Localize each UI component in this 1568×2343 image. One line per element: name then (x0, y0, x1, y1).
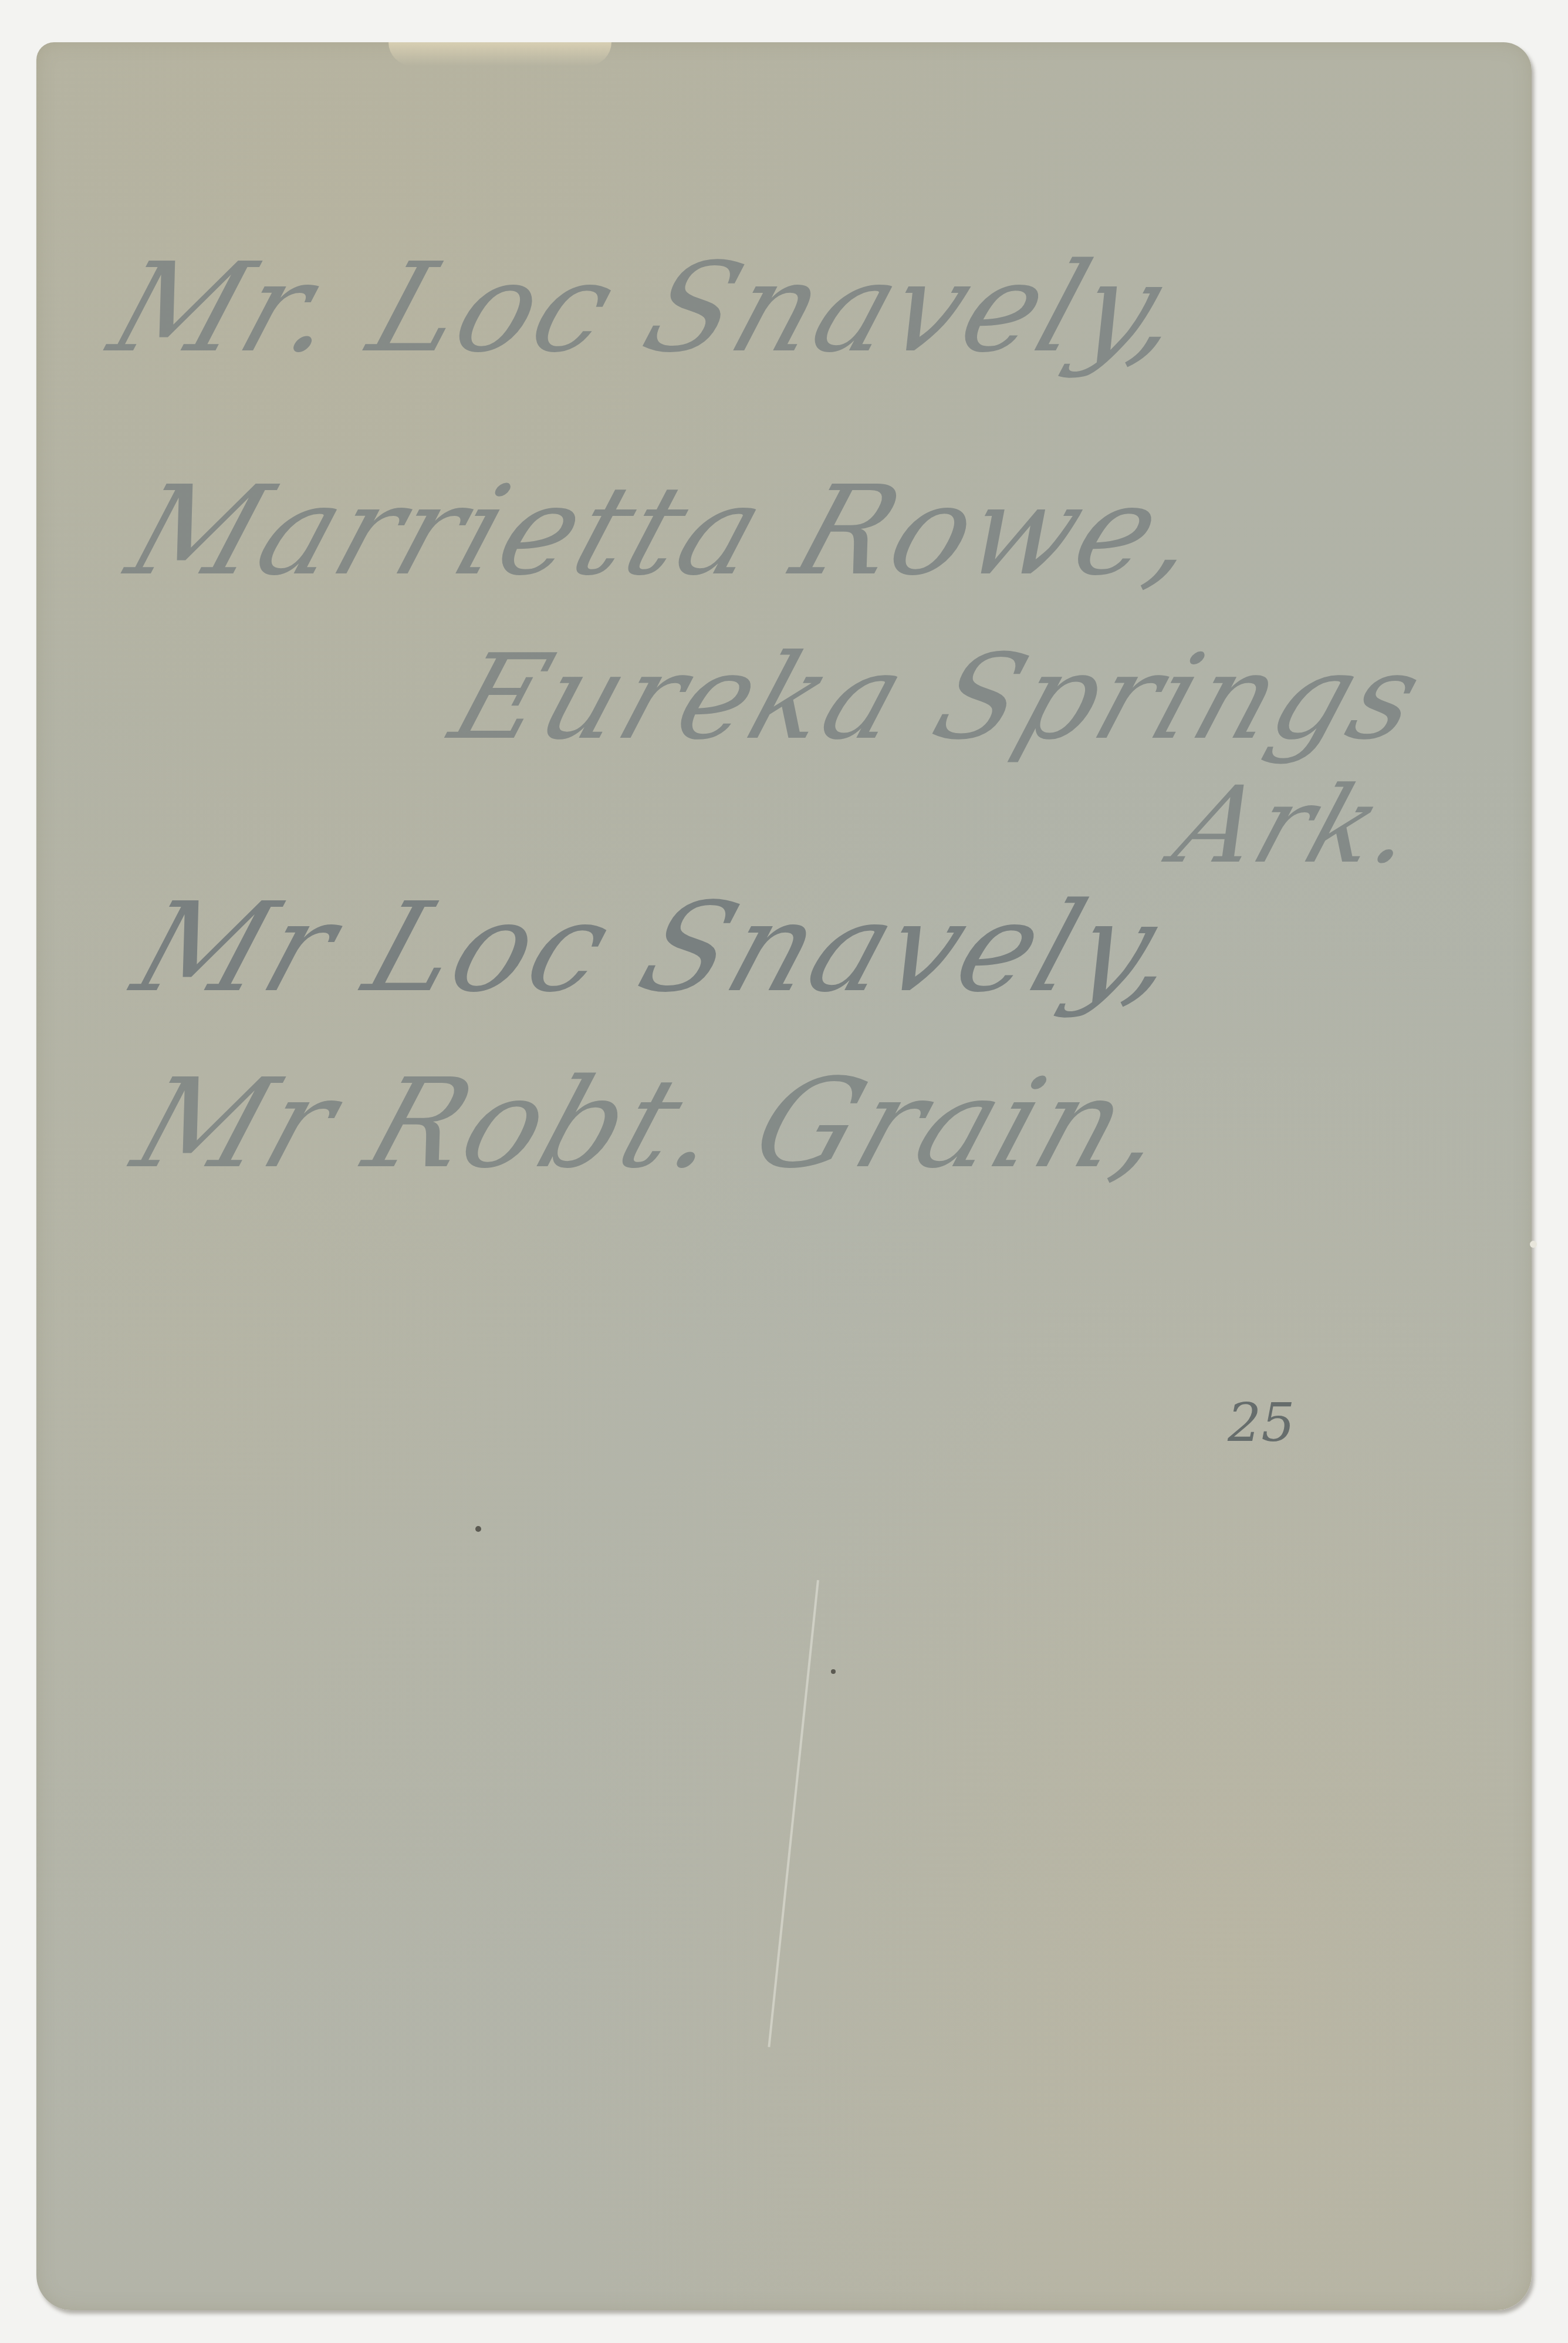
inscription-line-2: Marrietta Rowe, (113, 459, 1221, 603)
speck (475, 1526, 481, 1532)
photo-card-back: Mr. Loc Snavely, Marrietta Rowe, Eureka … (36, 42, 1532, 2310)
catalog-number: 25 (1228, 1392, 1295, 1454)
inscription-line-5: Mr Loc Snavely, (119, 876, 1201, 1019)
speck (1530, 1241, 1537, 1248)
speck (831, 1669, 836, 1674)
inscription-line-3: Eureka Springs (437, 629, 1439, 766)
inscription-line-6: Mr Robt. Grain, (119, 1052, 1187, 1196)
inscription-line-1: Mr. Loc Snavely, (95, 236, 1205, 380)
inscription-line-4: Ark. (1161, 764, 1434, 887)
worn-edge (388, 42, 611, 66)
paper-crease (768, 1580, 819, 2047)
